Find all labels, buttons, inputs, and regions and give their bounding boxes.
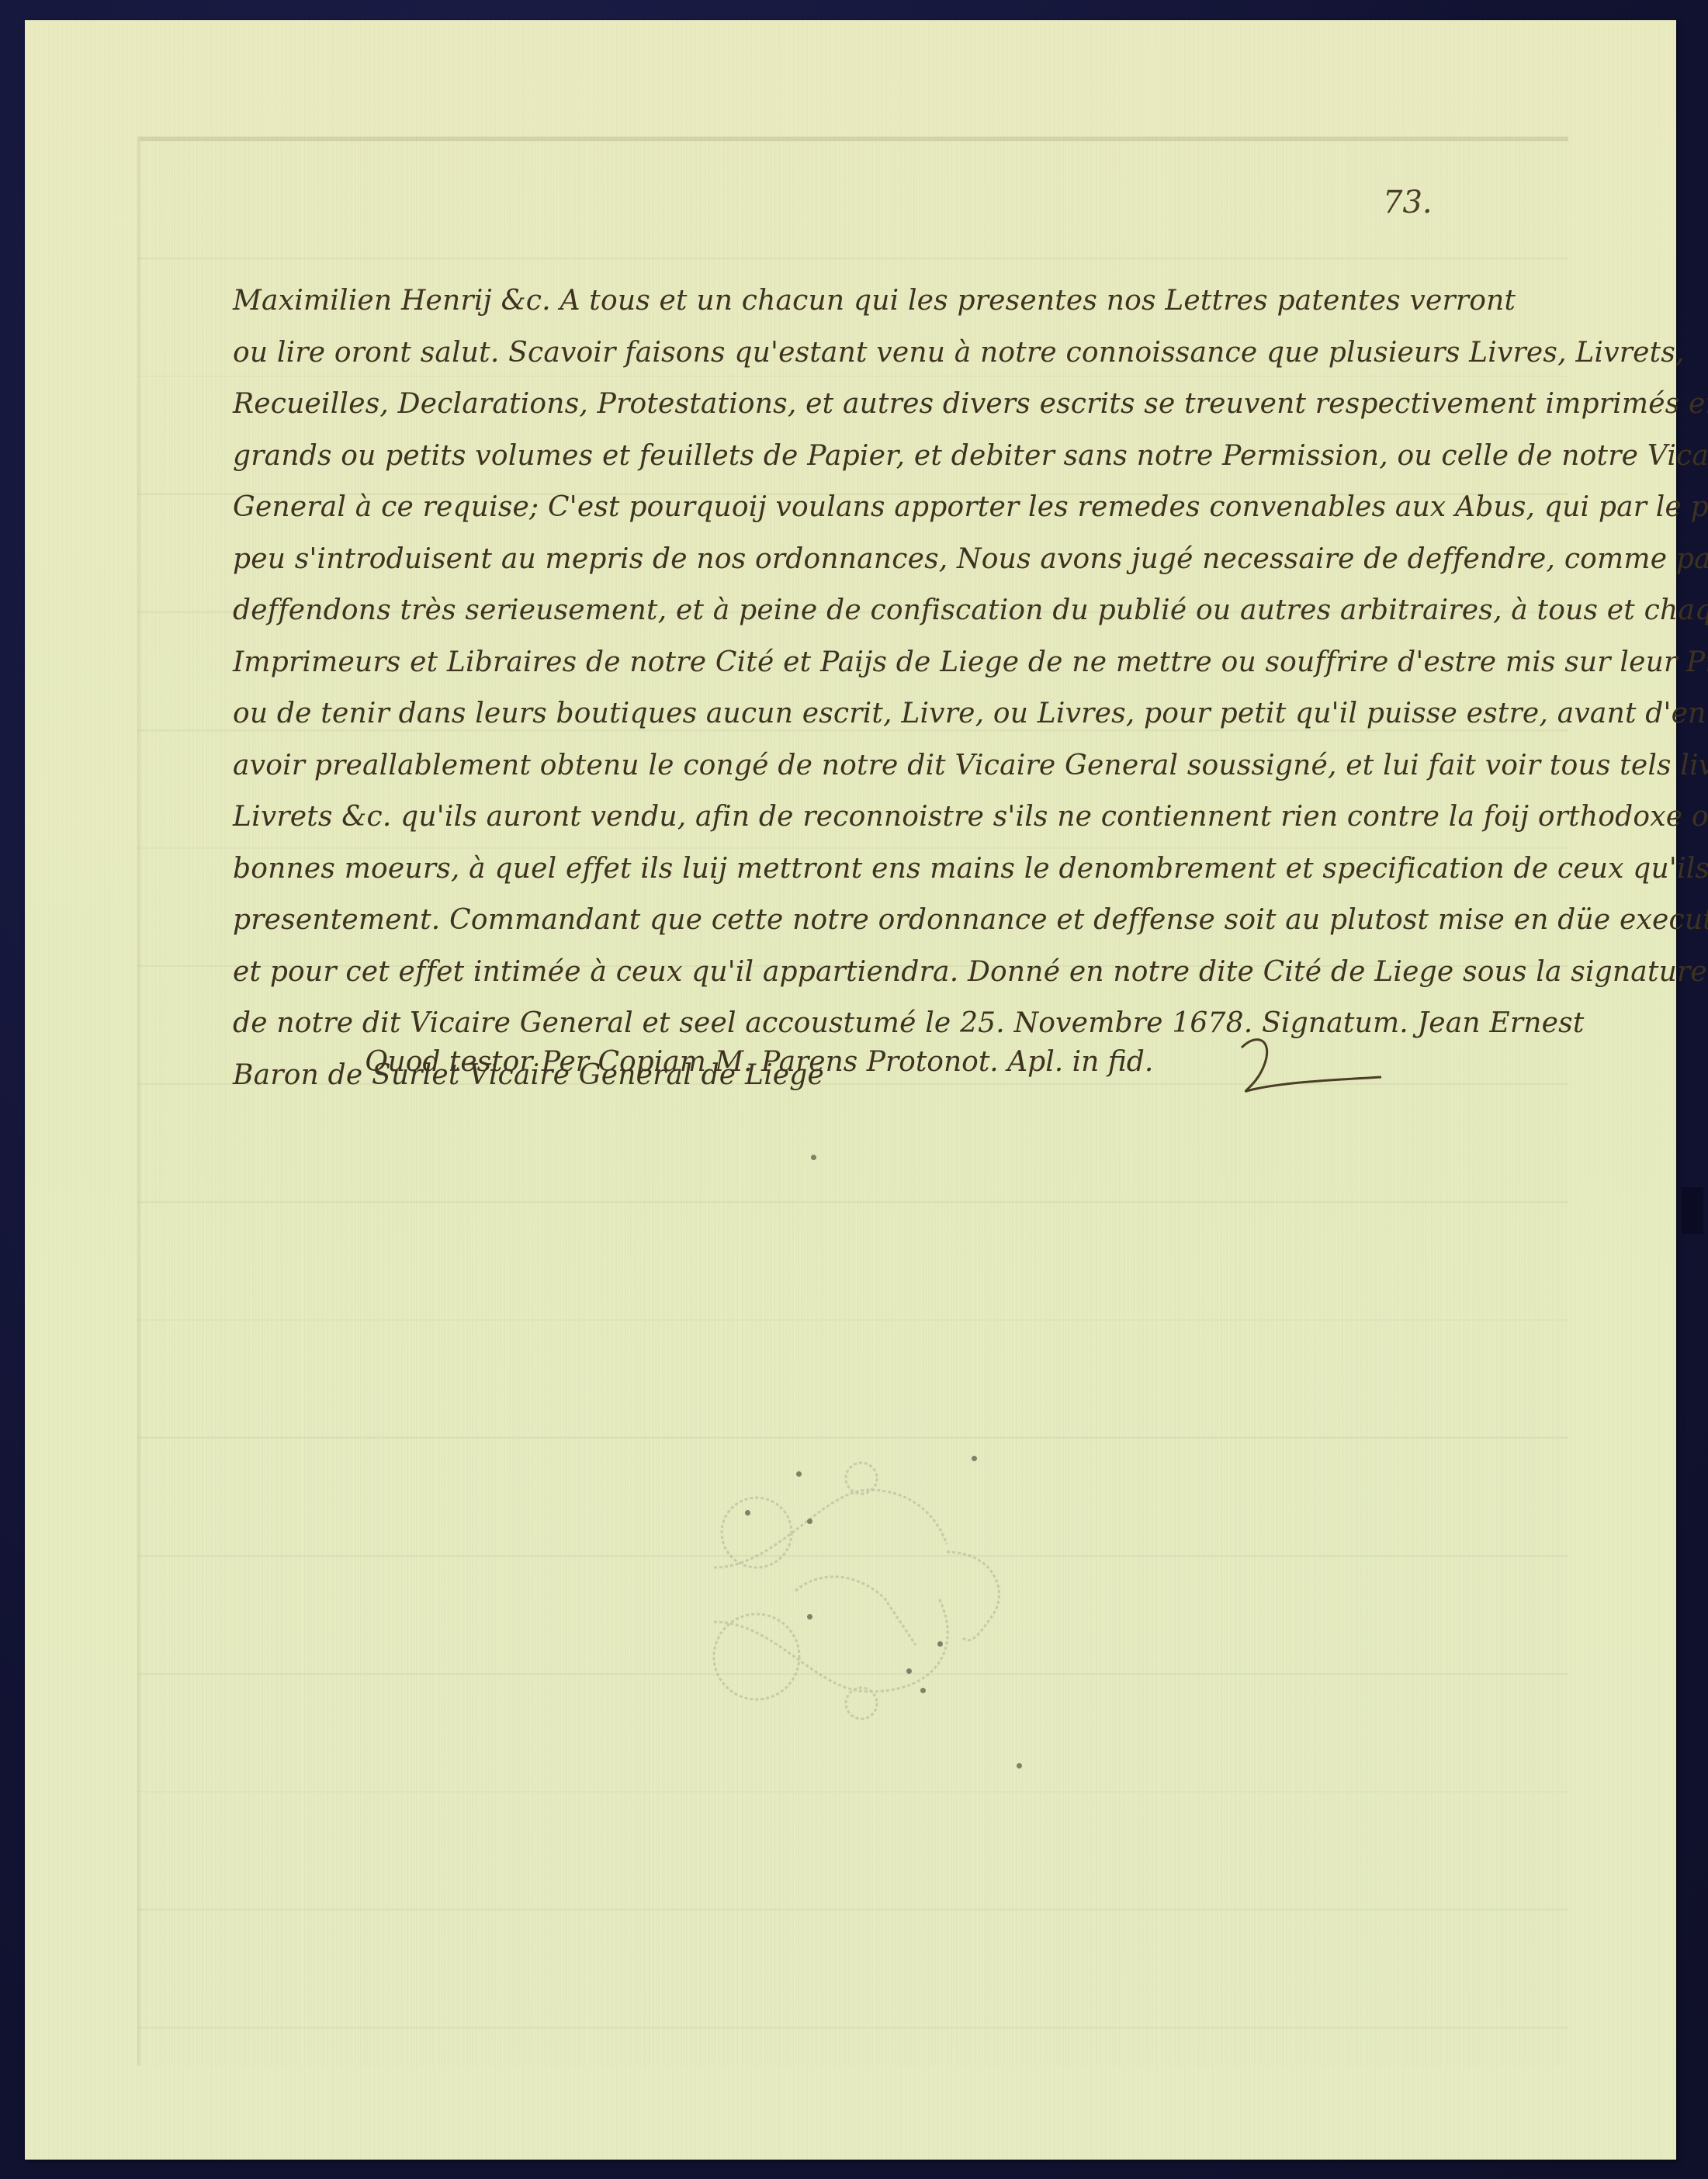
manuscript-text: Maximilien Henrij &c. A tous et un chacu…	[233, 275, 1537, 1101]
signature-flourish-icon	[1234, 1032, 1389, 1102]
text-line: deffendons très serieusement, et à peine…	[233, 585, 1537, 637]
text-line: ou de tenir dans leurs boutiques aucun e…	[233, 688, 1537, 740]
attestation-signature: Quod testor Per Copiam M. Parens Protono…	[365, 1046, 1153, 1078]
text-line: ou lire oront salut. Scavoir faisons qu'…	[233, 327, 1537, 379]
text-line: avoir preallablement obtenu le congé de …	[233, 740, 1537, 792]
text-line: Imprimeurs et Libraires de notre Cité et…	[233, 637, 1537, 689]
paper-speck	[937, 1641, 943, 1647]
text-line: et pour cet effet intimée à ceux qu'il a…	[233, 947, 1537, 999]
text-line: peu s'introduisent au mepris de nos ordo…	[233, 534, 1537, 586]
paper-speck	[972, 1456, 977, 1461]
watermark-icon	[683, 1443, 1086, 1800]
text-line: General à ce requise; C'est pourquoij vo…	[233, 482, 1537, 534]
paper-speck	[807, 1519, 812, 1524]
text-line: Maximilien Henrij &c. A tous et un chacu…	[233, 275, 1537, 327]
folio-number: 73.	[1383, 185, 1433, 220]
paper-speck	[1017, 1763, 1022, 1768]
paper-speck	[807, 1614, 812, 1620]
text-line: Recueilles, Declarations, Protestations,…	[233, 379, 1537, 431]
text-line: presentement. Commandant que cette notre…	[233, 895, 1537, 947]
mat-strip	[1682, 1187, 1703, 1234]
paper-speck	[920, 1688, 926, 1693]
paper-speck	[745, 1510, 750, 1516]
text-line: bonnes moeurs, à quel effet ils luij met…	[233, 844, 1537, 896]
text-line: grands ou petits volumes et feuillets de…	[233, 431, 1537, 483]
paper-speck	[811, 1155, 816, 1160]
text-line: Livrets &c. qu'ils auront vendu, afin de…	[233, 792, 1537, 844]
paper-speck	[796, 1471, 802, 1477]
paper-speck	[906, 1668, 912, 1674]
